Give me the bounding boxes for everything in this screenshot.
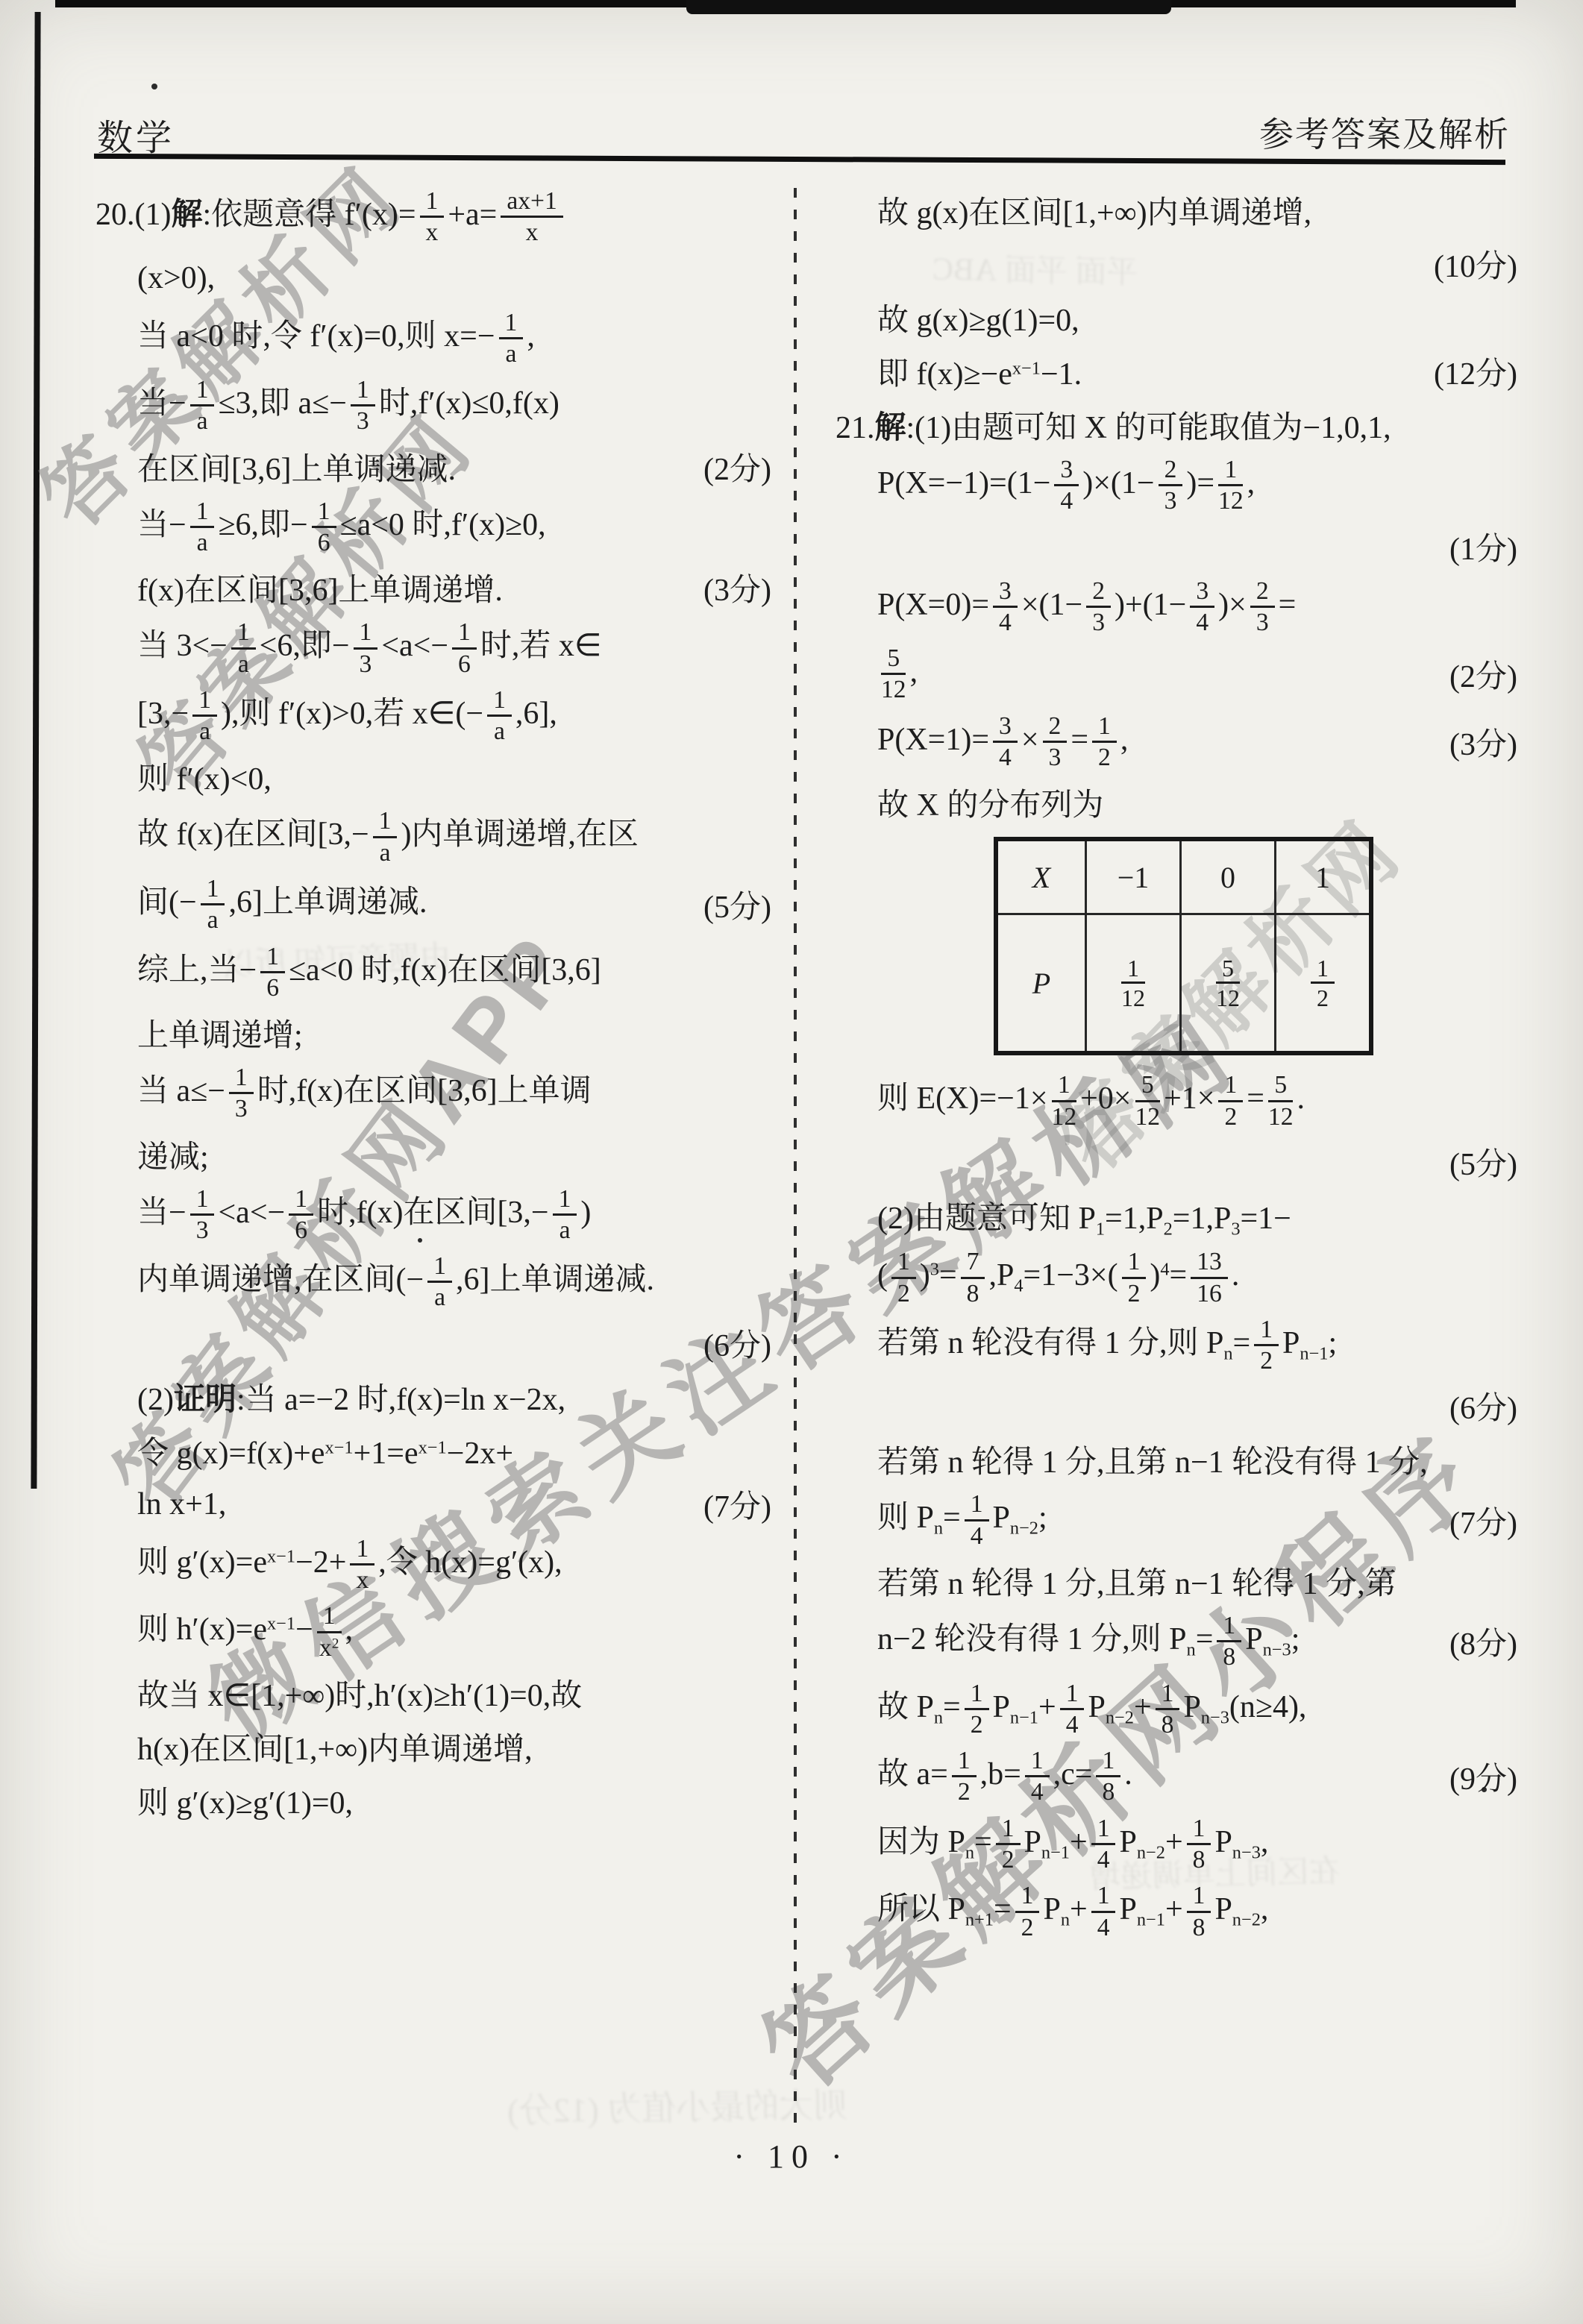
text-line: 则 g′(x)=ex−1−2+1x,令 h(x)=g′(x),	[95, 1536, 771, 1595]
line-math: ln x+1,	[137, 1486, 226, 1522]
score-label: (9分)	[1435, 1754, 1517, 1799]
header-subject: 数学	[97, 109, 175, 160]
text-line: 则 h′(x)=ex−1−1x2,	[95, 1603, 771, 1662]
text-line: 故 f(x)在区间[3,−1a)内单调递增,在区	[95, 808, 771, 867]
text-line: (1分)	[836, 524, 1517, 569]
line-math: 故 f(x)在区间[3,−1a)内单调递增,在区	[137, 808, 639, 867]
score-label: (2分)	[1435, 652, 1517, 697]
line-math: 则 f′(x)<0,	[137, 754, 272, 799]
text-line: 所以 Pn+1=12Pn+14Pn−1+18Pn−2,	[836, 1882, 1517, 1941]
line-math: 故 X 的分布列为	[877, 780, 1103, 825]
line-math: 因为 Pn=12Pn−1+14Pn−2+18Pn−3,	[877, 1815, 1268, 1874]
line-math: 递减;	[137, 1132, 209, 1177]
text-line: 则 g′(x)≥g′(1)=0,	[95, 1778, 771, 1823]
text-line: (5分)	[836, 1140, 1517, 1184]
text-line: f(x)在区间[3,6]上单调递增.(3分)	[95, 565, 771, 610]
line-math: P(X=0)=34×(1−23)+(1−34)×23=	[877, 578, 1296, 637]
score-label: (7分)	[1435, 1498, 1517, 1543]
table-row: X−101	[996, 839, 1371, 914]
score-label: (6分)	[689, 1321, 771, 1366]
score-label: (5分)	[1435, 1140, 1517, 1184]
text-line: 则 Pn=14Pn−2;(7分)	[836, 1491, 1517, 1550]
table-value-cell: 1	[1276, 839, 1372, 914]
text-line: h(x)在区间[1,+∞)内单调递增,	[95, 1724, 771, 1769]
line-math: n−2 轮没有得 1 分,则 Pn=18Pn−3;	[877, 1612, 1300, 1671]
line-math: 所以 Pn+1=12Pn+14Pn−1+18Pn−2,	[877, 1882, 1268, 1941]
line-math: 若第 n 轮得 1 分,且第 n−1 轮没有得 1 分,	[877, 1437, 1428, 1482]
left-column: 20.(1)解:依题意得 f′(x)=1x+a=ax+1x(x>0),当 a<0…	[95, 188, 771, 1832]
text-line: 因为 Pn=12Pn−1+14Pn−2+18Pn−3,	[836, 1815, 1517, 1874]
text-line: 当−13<a<−16时,f(x)在区间[3,−1a)	[95, 1186, 771, 1245]
scan-edge-top-thick	[686, 0, 1171, 14]
line-math: (2)由题意可知 P1=1,P2=1,P3=1−	[877, 1193, 1291, 1240]
line-math: 当−1a≤3,即 a≤−13时,f′(x)≤0,f(x)	[137, 377, 559, 436]
table-value-cell: 112	[1086, 914, 1181, 1054]
line-math: 上单调递增;	[137, 1011, 303, 1055]
line-math: 当 a≤−13时,f(x)在区间[3,6]上单调	[137, 1064, 592, 1123]
text-line: 故 g(x)≥g(1)=0,	[836, 295, 1517, 340]
text-line: 当−1a≤3,即 a≤−13时,f′(x)≤0,f(x)	[95, 377, 771, 436]
line-math: (2)证明:当 a=−2 时,f(x)=ln x−2x,	[137, 1375, 565, 1419]
text-line: 递减;	[95, 1132, 771, 1177]
text-line: 若第 n 轮没有得 1 分,则 Pn=12Pn−1;	[836, 1316, 1517, 1375]
text-line: (x>0),	[95, 256, 771, 301]
text-line: 若第 n 轮得 1 分,且第 n−1 轮没有得 1 分,	[836, 1437, 1517, 1482]
score-label: (3分)	[689, 565, 771, 610]
score-label: (10分)	[1419, 242, 1517, 286]
text-line: n−2 轮没有得 1 分,则 Pn=18Pn−3;(8分)	[836, 1612, 1517, 1671]
text-line: ln x+1,(7分)	[95, 1482, 771, 1527]
distribution-table: X−101P11251212	[994, 837, 1373, 1055]
table-value-cell: −1	[1086, 839, 1181, 914]
line-math: (12)3=78,P4=1−3×(12)4=1316.	[877, 1249, 1239, 1307]
text-line: (12)3=78,P4=1−3×(12)4=1316.	[836, 1249, 1517, 1307]
bleedthrough-ghost: 则大的最小值为 (12分)	[507, 2078, 847, 2133]
text-line: 若第 n 轮得 1 分,且第 n−1 轮得 1 分,第	[836, 1559, 1517, 1604]
line-math: 即 f(x)≥−ex−1−1.	[877, 349, 1082, 394]
line-math: 则 Pn=14Pn−2;	[877, 1491, 1047, 1550]
line-math: 则 E(X)=−1×112+0×512+1×12=512.	[877, 1072, 1305, 1131]
line-math: 则 g′(x)≥g′(1)=0,	[137, 1778, 353, 1823]
text-line: 当 3<−1a<6,即−13<a<−16时,若 x∈	[95, 619, 771, 678]
line-math: 故 g(x)≥g(1)=0,	[877, 295, 1079, 340]
line-math: (x>0),	[137, 260, 215, 296]
table-header-cell: P	[996, 914, 1086, 1054]
text-line: 则 E(X)=−1×112+0×512+1×12=512.	[836, 1072, 1517, 1131]
text-line: 当−1a≥6,即−16≤a<0 时,f′(x)≥0,	[95, 498, 771, 557]
table-row: P11251212	[996, 914, 1371, 1054]
text-line: 在区间[3,6]上单调递减.(2分)	[95, 445, 771, 489]
text-line: (6分)	[836, 1384, 1517, 1428]
score-label: (6分)	[1435, 1384, 1517, 1428]
line-math: 故 a=12,b=14,c=18.	[877, 1747, 1132, 1806]
table-value-cell: 12	[1276, 914, 1372, 1054]
line-math: 20.(1)解:依题意得 f′(x)=1x+a=ax+1x	[95, 188, 567, 247]
text-line: 故 Pn=12Pn−1+14Pn−2+18Pn−3(n≥4),	[836, 1680, 1517, 1739]
text-line: 20.(1)解:依题意得 f′(x)=1x+a=ax+1x	[95, 188, 771, 247]
score-label: (8分)	[1435, 1619, 1517, 1664]
scan-edge-left	[31, 12, 40, 1489]
text-line: P(X=−1)=(1−34)×(1−23)=112,	[836, 456, 1517, 515]
right-column: 故 g(x)在区间[1,+∞)内单调递增,(10分)故 g(x)≥g(1)=0,…	[836, 188, 1517, 1950]
line-math: 若第 n 轮得 1 分,且第 n−1 轮得 1 分,第	[877, 1559, 1397, 1604]
line-math: 令 g(x)=f(x)+ex−1+1=ex−1−2x+	[137, 1428, 513, 1473]
line-math: 当−1a≥6,即−16≤a<0 时,f′(x)≥0,	[137, 498, 546, 557]
line-math: [3,−1a),则 f′(x)>0,若 x∈(−1a,6],	[137, 687, 557, 746]
table-header-cell: X	[996, 839, 1086, 914]
line-math: 512,	[877, 645, 918, 704]
text-line: 故 g(x)在区间[1,+∞)内单调递增,	[836, 188, 1517, 233]
text-line: 当 a<0 时,令 f′(x)=0,则 x=−1a,	[95, 310, 771, 368]
text-line: 故当 x∈[1,+∞)时,h′(x)≥h′(1)=0,故	[95, 1671, 771, 1715]
text-line: (2)由题意可知 P1=1,P2=1,P3=1−	[836, 1193, 1517, 1240]
score-label: (5分)	[689, 882, 771, 927]
score-label: (7分)	[689, 1482, 771, 1527]
line-math: f(x)在区间[3,6]上单调递增.	[137, 565, 503, 610]
line-math: 当−13<a<−16时,f(x)在区间[3,−1a)	[137, 1186, 591, 1245]
line-math: 当 a<0 时,令 f′(x)=0,则 x=−1a,	[137, 310, 535, 368]
text-line: P(X=1)=34×23=12,(3分)	[836, 713, 1517, 772]
score-label: (1分)	[1435, 524, 1517, 569]
line-math: 当 3<−1a<6,即−13<a<−16时,若 x∈	[137, 619, 601, 678]
score-label: (3分)	[1435, 720, 1517, 764]
line-math: P(X=1)=34×23=12,	[877, 713, 1128, 772]
line-math: 内单调递增,在区间(−1a,6]上单调递减.	[137, 1253, 654, 1312]
scanned-answer-page: 则大的最小值为 (12分) 平面 平面 ABC 由题意可知 所以 在区间上单调递…	[0, 0, 1583, 2324]
text-line: 则 f′(x)<0,	[95, 754, 771, 799]
text-line: 令 g(x)=f(x)+ex−1+1=ex−1−2x+	[95, 1428, 771, 1473]
text-line: 当 a≤−13时,f(x)在区间[3,6]上单调	[95, 1064, 771, 1123]
line-math: 若第 n 轮没有得 1 分,则 Pn=12Pn−1;	[877, 1316, 1337, 1375]
line-math: 故 g(x)在区间[1,+∞)内单调递增,	[877, 188, 1311, 233]
scan-speck	[151, 84, 157, 89]
line-math: P(X=−1)=(1−34)×(1−23)=112,	[877, 456, 1255, 515]
text-line: (6分)	[95, 1321, 771, 1366]
text-line: 间(−1a,6]上单调递减.(5分)	[95, 876, 771, 935]
header-title: 参考答案及解析	[1259, 107, 1510, 157]
right-column-bottom: 则 E(X)=−1×112+0×512+1×12=512.(5分)(2)由题意可…	[836, 1072, 1517, 1941]
text-line: 512,(2分)	[836, 645, 1517, 704]
column-divider	[794, 188, 797, 2135]
line-math: 综上,当−16≤a<0 时,f(x)在区间[3,6]	[137, 943, 601, 1002]
table-value-cell: 0	[1181, 839, 1276, 914]
text-line: 内单调递增,在区间(−1a,6]上单调递减.	[95, 1253, 771, 1312]
line-math: 故当 x∈[1,+∞)时,h′(x)≥h′(1)=0,故	[137, 1671, 582, 1715]
score-label: (12分)	[1419, 349, 1517, 394]
score-label: (2分)	[689, 445, 771, 489]
line-math: 则 g′(x)=ex−1−2+1x,令 h(x)=g′(x),	[137, 1536, 562, 1595]
text-line: 上单调递增;	[95, 1011, 771, 1055]
text-line: (10分)	[836, 242, 1517, 286]
line-math: 则 h′(x)=ex−1−1x2,	[137, 1603, 353, 1662]
text-line: P(X=0)=34×(1−23)+(1−34)×23=	[836, 578, 1517, 637]
text-line: 综上,当−16≤a<0 时,f(x)在区间[3,6]	[95, 943, 771, 1002]
text-line: 21.解:(1)由题可知 X 的可能取值为−1,0,1,	[836, 403, 1517, 447]
table-value-cell: 512	[1181, 914, 1276, 1054]
text-line: (2)证明:当 a=−2 时,f(x)=ln x−2x,	[95, 1375, 771, 1419]
line-math: h(x)在区间[1,+∞)内单调递增,	[137, 1724, 533, 1769]
line-math: 间(−1a,6]上单调递减.	[137, 876, 427, 935]
right-column-top: 故 g(x)在区间[1,+∞)内单调递增,(10分)故 g(x)≥g(1)=0,…	[836, 188, 1517, 825]
text-line: 故 a=12,b=14,c=18.(9分)	[836, 1747, 1517, 1806]
text-line: 即 f(x)≥−ex−1−1.(12分)	[836, 349, 1517, 394]
text-line: [3,−1a),则 f′(x)>0,若 x∈(−1a,6],	[95, 687, 771, 746]
line-math: 在区间[3,6]上单调递减.	[137, 445, 456, 489]
text-line: 故 X 的分布列为	[836, 780, 1517, 825]
page-number: · 10 ·	[0, 2138, 1583, 2176]
line-math: 21.解:(1)由题可知 X 的可能取值为−1,0,1,	[836, 403, 1391, 447]
line-math: 故 Pn=12Pn−1+14Pn−2+18Pn−3(n≥4),	[877, 1680, 1306, 1739]
